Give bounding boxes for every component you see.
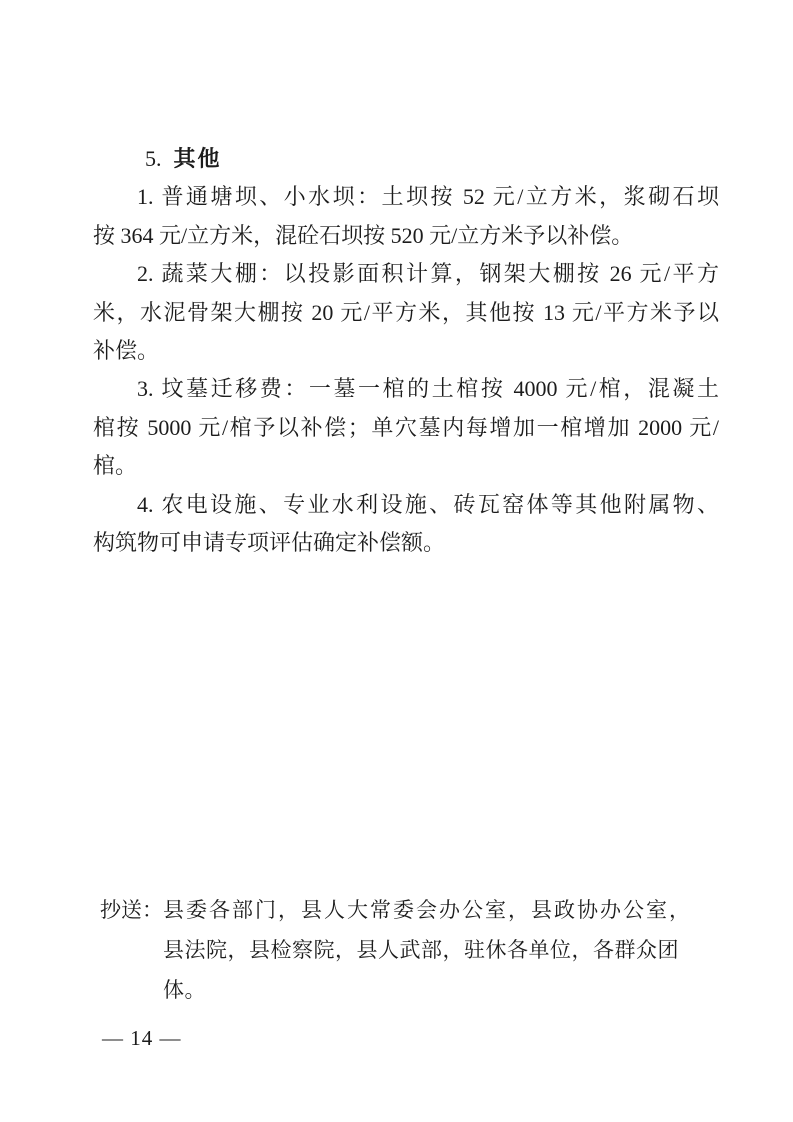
cc-line-2: 县法院，县检察院，县人武部，驻休各单位，各群众团体。 [163, 930, 702, 1010]
heading-title: 其他 [174, 146, 222, 171]
heading-number: 5. [145, 146, 162, 171]
paragraph-1-line-2: 按 364 元/立方米，混砼石坝按 520 元/立方米予以补偿。 [93, 217, 719, 255]
paragraph-2-line-1: 2. 蔬菜大棚：以投影面积计算，钢架大棚按 26 元/平方 [93, 255, 719, 293]
paragraph-3-line-1: 3. 坟墓迁移费：一墓一棺的土棺按 4000 元/棺，混凝土 [93, 370, 719, 408]
cc-line-1: 县委各部门，县人大常委会办公室，县政协办公室， [163, 890, 702, 930]
paragraph-3-line-2: 棺按 5000 元/棺予以补偿；单穴墓内每增加一棺增加 2000 元/ [93, 409, 719, 447]
cc-block: 抄送： 县委各部门，县人大常委会办公室，县政协办公室， 县法院，县检察院，县人武… [100, 890, 702, 1010]
paragraph-2-line-3: 补偿。 [93, 332, 719, 370]
section-heading: 5.其他 [93, 140, 719, 178]
paragraph-3-line-3: 棺。 [93, 447, 719, 485]
document-page: 5.其他 1. 普通塘坝、小水坝：土坝按 52 元/立方米，浆砌石坝 按 364… [0, 0, 793, 1122]
paragraph-1-line-1: 1. 普通塘坝、小水坝：土坝按 52 元/立方米，浆砌石坝 [93, 178, 719, 216]
section-other: 5.其他 1. 普通塘坝、小水坝：土坝按 52 元/立方米，浆砌石坝 按 364… [93, 140, 719, 562]
cc-label: 抄送： [100, 890, 163, 1010]
paragraph-2-line-2: 米，水泥骨架大棚按 20 元/平方米，其他按 13 元/平方米予以 [93, 294, 719, 332]
cc-recipient-lines: 县委各部门，县人大常委会办公室，县政协办公室， 县法院，县检察院，县人武部，驻休… [163, 890, 702, 1010]
paragraph-4-line-2: 构筑物可申请专项评估确定补偿额。 [93, 524, 719, 562]
paragraph-4-line-1: 4. 农电设施、专业水利设施、砖瓦窑体等其他附属物、 [93, 486, 719, 524]
page-number: — 14 — [102, 1024, 182, 1052]
